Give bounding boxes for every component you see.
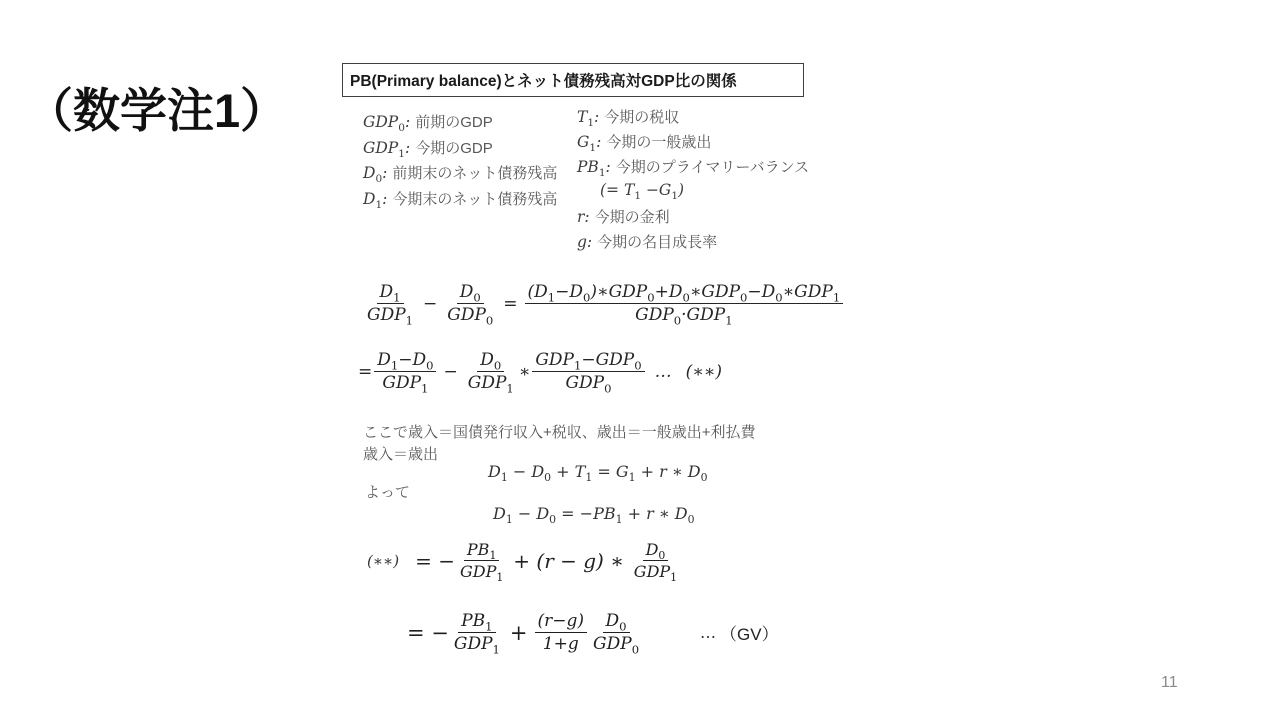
definition-line: GDP0: 前期のGDP xyxy=(363,111,557,137)
definition-symbol: g: xyxy=(577,233,592,251)
definition-line: D1: 今期末のネット債務残高 xyxy=(363,188,557,214)
definition-line: T1: 今期の税収 xyxy=(577,106,809,131)
note-revenue-expenditure: ここで歳入＝国債発行収入+税収、歳出＝一般歳出+利払費 歳入＝歳出 xyxy=(363,422,813,465)
fraction: PB1 GDP1 xyxy=(451,610,503,656)
definition-desc: 今期のGDP xyxy=(415,137,493,158)
header-box: PB(Primary balance)とネット債務残高対GDP比の関係 xyxy=(342,63,804,97)
equation-star-star-derivation: = D1−D0 GDP1 − D0 GDP1 ∗ GDP1−GDP0 GDP0 … xyxy=(356,349,722,395)
multiply-operator: ∗ xyxy=(519,362,531,382)
fraction: D1−D0 GDP1 xyxy=(374,349,436,395)
definition-desc: 今期の金利 xyxy=(595,206,670,227)
definition-symbol: D0: xyxy=(363,164,387,182)
equation-debt-ratio-identity: D1 GDP1 − D0 GDP0 = (D1−D0)∗GDP0+D0∗GDP0… xyxy=(364,281,843,327)
plus-operator: + xyxy=(510,621,528,645)
fraction: GDP1−GDP0 GDP0 xyxy=(532,349,644,395)
equals-minus: = − xyxy=(407,621,449,645)
definition-desc: 今期の税収 xyxy=(604,106,679,127)
therefore-label: よって xyxy=(365,481,410,502)
note-line: ここで歳入＝国債発行収入+税収、歳出＝一般歳出+利払費 xyxy=(363,422,813,444)
ellipsis: … xyxy=(700,623,716,642)
definition-symbol: (= T1 −G1) xyxy=(600,181,684,199)
definition-symbol: GDP0: xyxy=(363,113,410,131)
middle-terms: + (r − g) ∗ xyxy=(513,549,624,573)
fraction: (D1−D0)∗GDP0+D0∗GDP0−D0∗GDP1 GDP0·GDP1 xyxy=(525,281,844,327)
definition-symbol: G1: xyxy=(577,133,601,151)
equation-budget-constraint: D1 − D0 + T1 = G1 + r ∗ D0 xyxy=(488,462,708,481)
definition-line: (= T1 −G1) xyxy=(577,181,809,206)
fraction: (r−g) 1+g xyxy=(535,610,588,656)
definition-symbol: GDP1: xyxy=(363,139,410,157)
star-star-marker: (∗∗) xyxy=(686,362,722,382)
equation-debt-change: D1 − D0 = −PB1 + r ∗ D0 xyxy=(493,504,695,523)
star-star-marker: (∗∗) xyxy=(367,552,399,570)
definition-symbol: PB1: xyxy=(577,158,611,176)
definition-desc: 今期の一般歳出 xyxy=(606,131,711,152)
definition-line: G1: 今期の一般歳出 xyxy=(577,131,809,156)
fraction: D0 GDP1 xyxy=(631,539,680,582)
equals-operator: = xyxy=(358,362,372,382)
slide-canvas: （数学注1） PB(Primary balance)とネット債務残高対GDP比の… xyxy=(0,0,1280,720)
definition-line: GDP1: 今期のGDP xyxy=(363,137,557,163)
definition-line: PB1: 今期のプライマリーバランス xyxy=(577,156,809,181)
minus-operator: − xyxy=(423,294,437,314)
definition-symbol: T1: xyxy=(577,108,599,126)
definition-desc: 前期末のネット債務残高 xyxy=(392,162,557,183)
definition-desc: 今期のプライマリーバランス xyxy=(616,156,809,177)
definition-symbol: D1: xyxy=(363,190,387,208)
fraction: D0 GDP0 xyxy=(590,610,642,656)
fraction: D1 GDP1 xyxy=(364,281,416,327)
definitions-right: T1: 今期の税収 G1: 今期の一般歳出 PB1: 今期のプライマリーバランス… xyxy=(577,106,809,256)
definitions-left: GDP0: 前期のGDP GDP1: 今期のGDP D0: 前期末のネット債務残… xyxy=(363,111,557,213)
equation-star-star-result: (∗∗) = − PB1 GDP1 + (r − g) ∗ D0 GDP1 xyxy=(367,539,680,582)
definition-line: r: 今期の金利 xyxy=(577,206,809,231)
definition-desc: 今期の名目成長率 xyxy=(597,231,717,252)
gv-marker: （GV） xyxy=(720,620,779,645)
page-number: 11 xyxy=(1161,674,1178,692)
equation-gv-final: = − PB1 GDP1 + (r−g) 1+g D0 GDP0 … （GV） xyxy=(405,610,779,656)
definition-desc: 前期のGDP xyxy=(415,111,493,132)
equals-operator: = xyxy=(503,294,517,314)
fraction: D0 GDP1 xyxy=(465,349,517,395)
definition-line: D0: 前期末のネット債務残高 xyxy=(363,162,557,188)
ellipsis: … xyxy=(655,362,672,382)
definition-line: g: 今期の名目成長率 xyxy=(577,231,809,256)
equals-minus: = − xyxy=(415,549,455,573)
slide-title: （数学注1） xyxy=(26,74,287,141)
definition-symbol: r: xyxy=(577,208,590,226)
fraction: PB1 GDP1 xyxy=(457,539,506,582)
fraction: D0 GDP0 xyxy=(444,281,496,327)
definition-desc: 今期末のネット債務残高 xyxy=(392,188,557,209)
header-title: PB(Primary balance)とネット債務残高対GDP比の関係 xyxy=(350,73,737,90)
minus-operator: − xyxy=(443,362,457,382)
